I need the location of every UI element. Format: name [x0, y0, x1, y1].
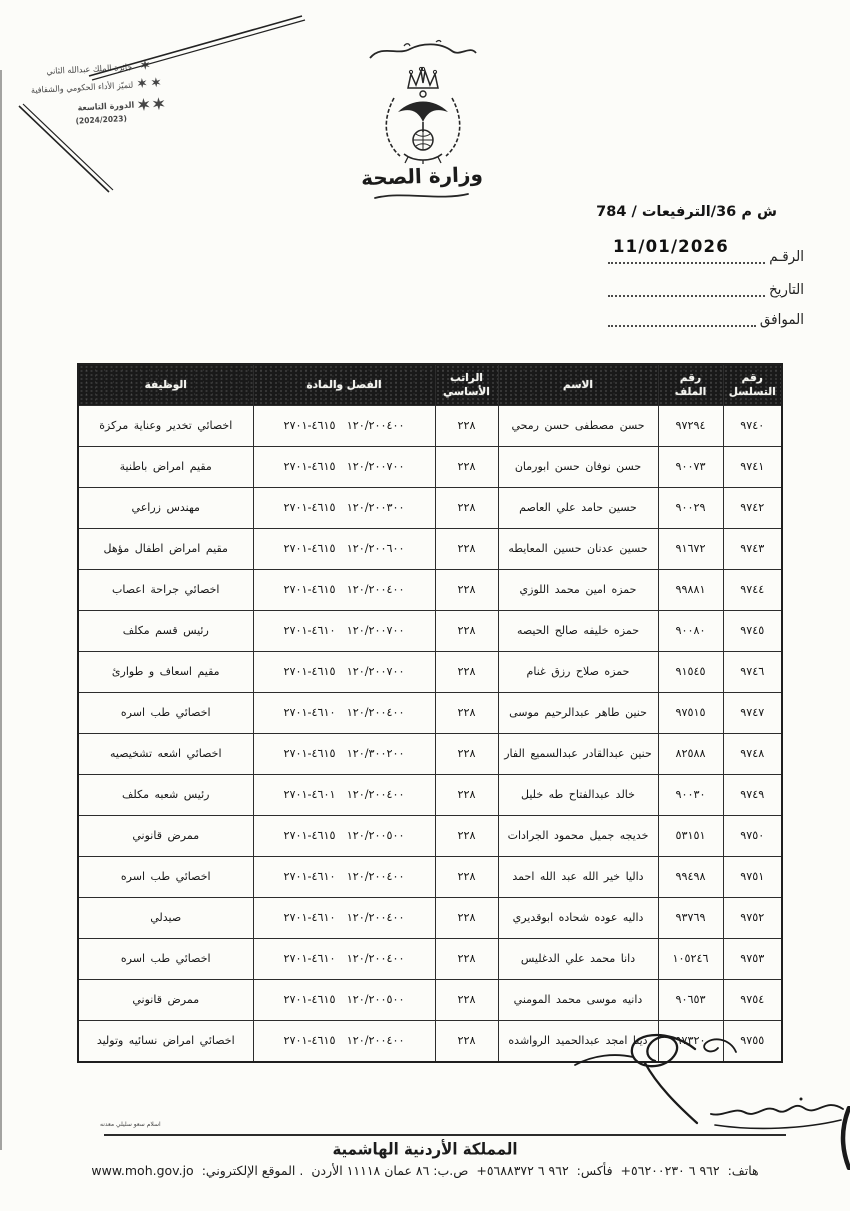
field-row-date: التاريخ [608, 281, 804, 298]
cell-job: صيدلي [78, 898, 253, 939]
contact-line: هاتف: +٩٦٢ ٦ ٥٦٢٠٠٢٣٠ فأكس: +٩٦٢ ٦ ٥٦٨٨٣… [0, 1163, 850, 1178]
cell-serial: ٩٧٤٧ [723, 693, 782, 734]
star-icon [151, 77, 162, 88]
cell-file: ٩١٦٧٢ [658, 529, 723, 570]
cell-job: اخصائي طب اسره [78, 939, 253, 980]
cell-file: ٩٠٦٥٣ [658, 980, 723, 1021]
promotions-table: رقمالتسلسل رقمالملف الاسم الراتبالأساسي … [77, 363, 783, 1063]
cell-file: ٥٣١٥١ [658, 816, 723, 857]
table-body: ٩٧٤٠٩٧٢٩٤حسن مصطفى حسن رمحي٢٢٨١٢٠/٢٠٠٤٠٠… [78, 406, 782, 1063]
table-row: ٩٧٥٢٩٣٧٦٩داليه عوده شحاده ابوقديري٢٢٨١٢٠… [78, 898, 782, 939]
cell-chapter: ١٢٠/٢٠٠٤٠٠ ٤٦٠١-٢٧٠١ [253, 775, 435, 816]
cell-file: ٩٧٢٩٤ [658, 406, 723, 447]
cell-salary: ٢٢٨ [435, 898, 498, 939]
cell-serial: ٩٧٥٣ [723, 939, 782, 980]
cell-job: اخصائي جراحة اعصاب [78, 570, 253, 611]
dotted-line [608, 281, 765, 297]
table-row: ٩٧٤٩٩٠٠٣٠خالد عبدالفتاح طه خليل٢٢٨١٢٠/٢٠… [78, 775, 782, 816]
star-icon [137, 78, 148, 89]
royal-crest [358, 36, 488, 168]
cell-file: ٩١٥٤٥ [658, 652, 723, 693]
cell-chapter: ١٢٠/٢٠٠٤٠٠ ٤٦١٠-٢٧٠١ [253, 939, 435, 980]
col-header-name: الاسم [498, 364, 658, 406]
cell-job: ممرض قانوني [78, 980, 253, 1021]
cell-job: مقيم امراض باطنية [78, 447, 253, 488]
scanned-document-page: جائزة الملك عبدالله الثاني لتميّز الأداء… [0, 0, 850, 1211]
pobox-text: ص.ب: ٨٦ عمان ١١١١٨ الأردن [309, 1163, 470, 1178]
cell-salary: ٢٢٨ [435, 1021, 498, 1063]
cell-name: دانيه موسى محمد المومني [498, 980, 658, 1021]
cell-job: اخصائي طب اسره [78, 693, 253, 734]
cell-chapter: ١٢٠/٢٠٠٤٠٠ ٤٦١٥-٢٧٠١ [253, 406, 435, 447]
cell-chapter: ١٢٠/٢٠٠٧٠٠ ٤٦١٥-٢٧٠١ [253, 447, 435, 488]
cell-serial: ٩٧٤٦ [723, 652, 782, 693]
cell-serial: ٩٧٤٥ [723, 611, 782, 652]
cell-job: رئيس قسم مكلف [78, 611, 253, 652]
cell-name: حمزه امين محمد اللوزي [498, 570, 658, 611]
cell-salary: ٢٢٨ [435, 488, 498, 529]
handwritten-note-bottom-right [703, 1093, 850, 1138]
cell-serial: ٩٧٤٨ [723, 734, 782, 775]
website-label: . الموقع الإلكتروني: [200, 1163, 306, 1178]
cell-name: دانا محمد علي الدغليس [498, 939, 658, 980]
cell-name: حمزه صلاح رزق غنام [498, 652, 658, 693]
cell-job: اخصائي تخدير وعناية مركزة [78, 406, 253, 447]
cell-chapter: ١٢٠/٢٠٠٥٠٠ ٤٦١٥-٢٧٠١ [253, 816, 435, 857]
cell-name: داليا خير الله عبد الله احمد [498, 857, 658, 898]
scan-artifact-right-edge [839, 1106, 850, 1170]
cell-chapter: ١٢٠/٢٠٠٤٠٠ ٤٦١٥-٢٧٠١ [253, 1021, 435, 1063]
cell-file: ٩٧٥١٥ [658, 693, 723, 734]
cell-chapter: ١٢٠/٣٠٠٢٠٠ ٤٦١٥-٢٧٠١ [253, 734, 435, 775]
cell-file: ٩٩٨٨١ [658, 570, 723, 611]
cell-file: ٩٣٧٦٩ [658, 898, 723, 939]
col-header-file-number: رقمالملف [658, 364, 723, 406]
cell-chapter: ١٢٠/٢٠٠٧٠٠ ٤٦١٥-٢٧٠١ [253, 652, 435, 693]
table-row: ٩٧٤٦٩١٥٤٥حمزه صلاح رزق غنام٢٢٨١٢٠/٢٠٠٧٠٠… [78, 652, 782, 693]
cell-job: اخصائي اشعه تشخيصيه [78, 734, 253, 775]
cell-chapter: ١٢٠/٢٠٠٦٠٠ ٤٦١٥-٢٧٠١ [253, 529, 435, 570]
field-row-agreed: الموافق [608, 311, 804, 328]
cell-job: اخصائي طب اسره [78, 857, 253, 898]
cell-salary: ٢٢٨ [435, 447, 498, 488]
cell-salary: ٢٢٨ [435, 529, 498, 570]
table-row: ٩٧٤٧٩٧٥١٥حنين طاهر عبدالرحيم موسى٢٢٨١٢٠/… [78, 693, 782, 734]
cell-name: حسين حامد علي العاصم [498, 488, 658, 529]
cell-file: ٨٢٥٨٨ [658, 734, 723, 775]
cell-salary: ٢٢٨ [435, 816, 498, 857]
scan-artifact-left-edge [0, 70, 2, 1150]
table-row: ٩٧٤٢٩٠٠٢٩حسين حامد علي العاصم٢٢٨١٢٠/٢٠٠٣… [78, 488, 782, 529]
award-stamp-line3: الدورة التاسعة [77, 100, 134, 112]
table-header: رقمالتسلسل رقمالملف الاسم الراتبالأساسي … [78, 364, 782, 406]
calligraphy-flourish-icon [372, 190, 472, 202]
col-header-serial-number: رقمالتسلسل [723, 364, 782, 406]
cell-salary: ٢٢٨ [435, 570, 498, 611]
cell-salary: ٢٢٨ [435, 939, 498, 980]
award-stamp-line2: لتميّز الأداء الحكومي والشفافية [31, 80, 134, 95]
cell-serial: ٩٧٤٣ [723, 529, 782, 570]
cell-name: حسن مصطفى حسن رمحي [498, 406, 658, 447]
cell-salary: ٢٢٨ [435, 775, 498, 816]
cell-job: رئيس شعبه مكلف [78, 775, 253, 816]
cell-chapter: ١٢٠/٢٠٠٤٠٠ ٤٦١٠-٢٧٠١ [253, 693, 435, 734]
cell-salary: ٢٢٨ [435, 406, 498, 447]
cell-job: ممرض قانوني [78, 816, 253, 857]
cell-serial: ٩٧٤١ [723, 447, 782, 488]
cell-serial: ٩٧٥١ [723, 857, 782, 898]
cell-chapter: ١٢٠/٢٠٠٥٠٠ ٤٦١٥-٢٧٠١ [253, 980, 435, 1021]
star-icon [137, 98, 151, 112]
col-header-job-title: الوظيفة [78, 364, 253, 406]
cell-file: ٩٩٤٩٨ [658, 857, 723, 898]
reference-number: ش م 36/الترفيعات / 784 [596, 204, 777, 220]
cell-serial: ٩٧٤٢ [723, 488, 782, 529]
table-row: ٩٧٤٤٩٩٨٨١حمزه امين محمد اللوزي٢٢٨١٢٠/٢٠٠… [78, 570, 782, 611]
cell-salary: ٢٢٨ [435, 857, 498, 898]
cell-name: حنين طاهر عبدالرحيم موسى [498, 693, 658, 734]
award-stamp-line4: (2024/2023) [75, 114, 127, 126]
cell-serial: ٩٧٤٤ [723, 570, 782, 611]
cell-name: حمزه خليفه صالح الحيصه [498, 611, 658, 652]
cell-job: مقيم امراض اطفال مؤهل [78, 529, 253, 570]
field-label-agreed: الموافق [756, 312, 804, 329]
table-row: ٩٧٤١٩٠٠٧٣حسن نوفان حسن ابورمان٢٢٨١٢٠/٢٠٠… [78, 447, 782, 488]
table-row: ٩٧٤٥٩٠٠٨٠حمزه خليفه صالح الحيصه٢٢٨١٢٠/٢٠… [78, 611, 782, 652]
cell-salary: ٢٢٨ [435, 980, 498, 1021]
col-header-chapter-article: الفصل والمادة [253, 364, 435, 406]
handwritten-mark [690, 1030, 745, 1062]
table-row: ٩٧٤٣٩١٦٧٢حسين عدنان حسين المعايطه٢٢٨١٢٠/… [78, 529, 782, 570]
phone-label: هاتف: [726, 1163, 761, 1178]
cell-name: حنين عبدالقادر عبدالسميع الفار [498, 734, 658, 775]
cell-chapter: ١٢٠/٢٠٠٤٠٠ ٤٦١٥-٢٧٠١ [253, 570, 435, 611]
kingdom-name: المملكة الأردنية الهاشمية [0, 1139, 850, 1158]
award-stamp-line1: جائزة الملك عبدالله الثاني [46, 62, 132, 76]
cell-job: اخصائي امراض نسائيه وتوليد [78, 1021, 253, 1063]
award-stamp: جائزة الملك عبدالله الثاني لتميّز الأداء… [42, 55, 168, 149]
table-row: ٩٧٤٨٨٢٥٨٨حنين عبدالقادر عبدالسميع الفار٢… [78, 734, 782, 775]
preparer-note: اسلام سعو سليلي معدنه [100, 1121, 161, 1128]
cell-job: مهندس زراعي [78, 488, 253, 529]
field-row-number: الرقـم [608, 248, 804, 265]
star-icon [152, 97, 166, 111]
cell-file: ٩٠٠٣٠ [658, 775, 723, 816]
phone-number: +٩٦٢ ٦ ٥٦٢٠٠٢٣٠ [619, 1163, 722, 1178]
cell-salary: ٢٢٨ [435, 693, 498, 734]
cell-salary: ٢٢٨ [435, 734, 498, 775]
dotted-line [608, 311, 756, 327]
table-row: ٩٧٥٠٥٣١٥١خديجه جميل محمود الجرادات٢٢٨١٢٠… [78, 816, 782, 857]
cell-job: مقيم اسعاف و طوارئ [78, 652, 253, 693]
cell-serial: ٩٧٥٢ [723, 898, 782, 939]
star-icon [140, 60, 151, 71]
col-header-basic-salary: الراتبالأساسي [435, 364, 498, 406]
cell-name: حسين عدنان حسين المعايطه [498, 529, 658, 570]
cell-name: داليه عوده شحاده ابوقديري [498, 898, 658, 939]
website-url: www.moh.gov.jo [89, 1163, 195, 1178]
cell-chapter: ١٢٠/٢٠٠٧٠٠ ٤٦١٠-٢٧٠١ [253, 611, 435, 652]
table-row: ٩٧٥٣١٠٥٢٤٦دانا محمد علي الدغليس٢٢٨١٢٠/٢٠… [78, 939, 782, 980]
cell-name: خديجه جميل محمود الجرادات [498, 816, 658, 857]
cell-serial: ٩٧٥٠ [723, 816, 782, 857]
footer-divider [104, 1134, 786, 1136]
table-row: ٩٧٥٤٩٠٦٥٣دانيه موسى محمد المومني٢٢٨١٢٠/٢… [78, 980, 782, 1021]
field-label-number: الرقـم [765, 249, 804, 266]
cell-file: ٩٠٠٨٠ [658, 611, 723, 652]
dotted-line [608, 248, 765, 264]
cell-file: ٩٠٠٧٣ [658, 447, 723, 488]
table-row: ٩٧٥١٩٩٤٩٨داليا خير الله عبد الله احمد٢٢٨… [78, 857, 782, 898]
table-row: ٩٧٤٠٩٧٢٩٤حسن مصطفى حسن رمحي٢٢٨١٢٠/٢٠٠٤٠٠… [78, 406, 782, 447]
royal-crest-icon [358, 36, 488, 164]
cell-chapter: ١٢٠/٢٠٠٣٠٠ ٤٦١٥-٢٧٠١ [253, 488, 435, 529]
fax-label: فأكس: [575, 1163, 615, 1178]
cell-salary: ٢٢٨ [435, 652, 498, 693]
cell-name: حسن نوفان حسن ابورمان [498, 447, 658, 488]
cell-serial: ٩٧٥٤ [723, 980, 782, 1021]
cell-chapter: ١٢٠/٢٠٠٤٠٠ ٤٦١٠-٢٧٠١ [253, 857, 435, 898]
ministry-name-calligraphy: وزارة الصحة [352, 162, 493, 191]
field-label-date: التاريخ [765, 282, 804, 299]
cell-serial: ٩٧٤٩ [723, 775, 782, 816]
fax-number: +٩٦٢ ٦ ٥٦٨٨٣٧٢ [474, 1163, 570, 1178]
cell-salary: ٢٢٨ [435, 611, 498, 652]
cell-file: ٩٠٠٢٩ [658, 488, 723, 529]
cell-file: ١٠٥٢٤٦ [658, 939, 723, 980]
cell-name: خالد عبدالفتاح طه خليل [498, 775, 658, 816]
cell-serial: ٩٧٤٠ [723, 406, 782, 447]
cell-chapter: ١٢٠/٢٠٠٤٠٠ ٤٦١٠-٢٧٠١ [253, 898, 435, 939]
